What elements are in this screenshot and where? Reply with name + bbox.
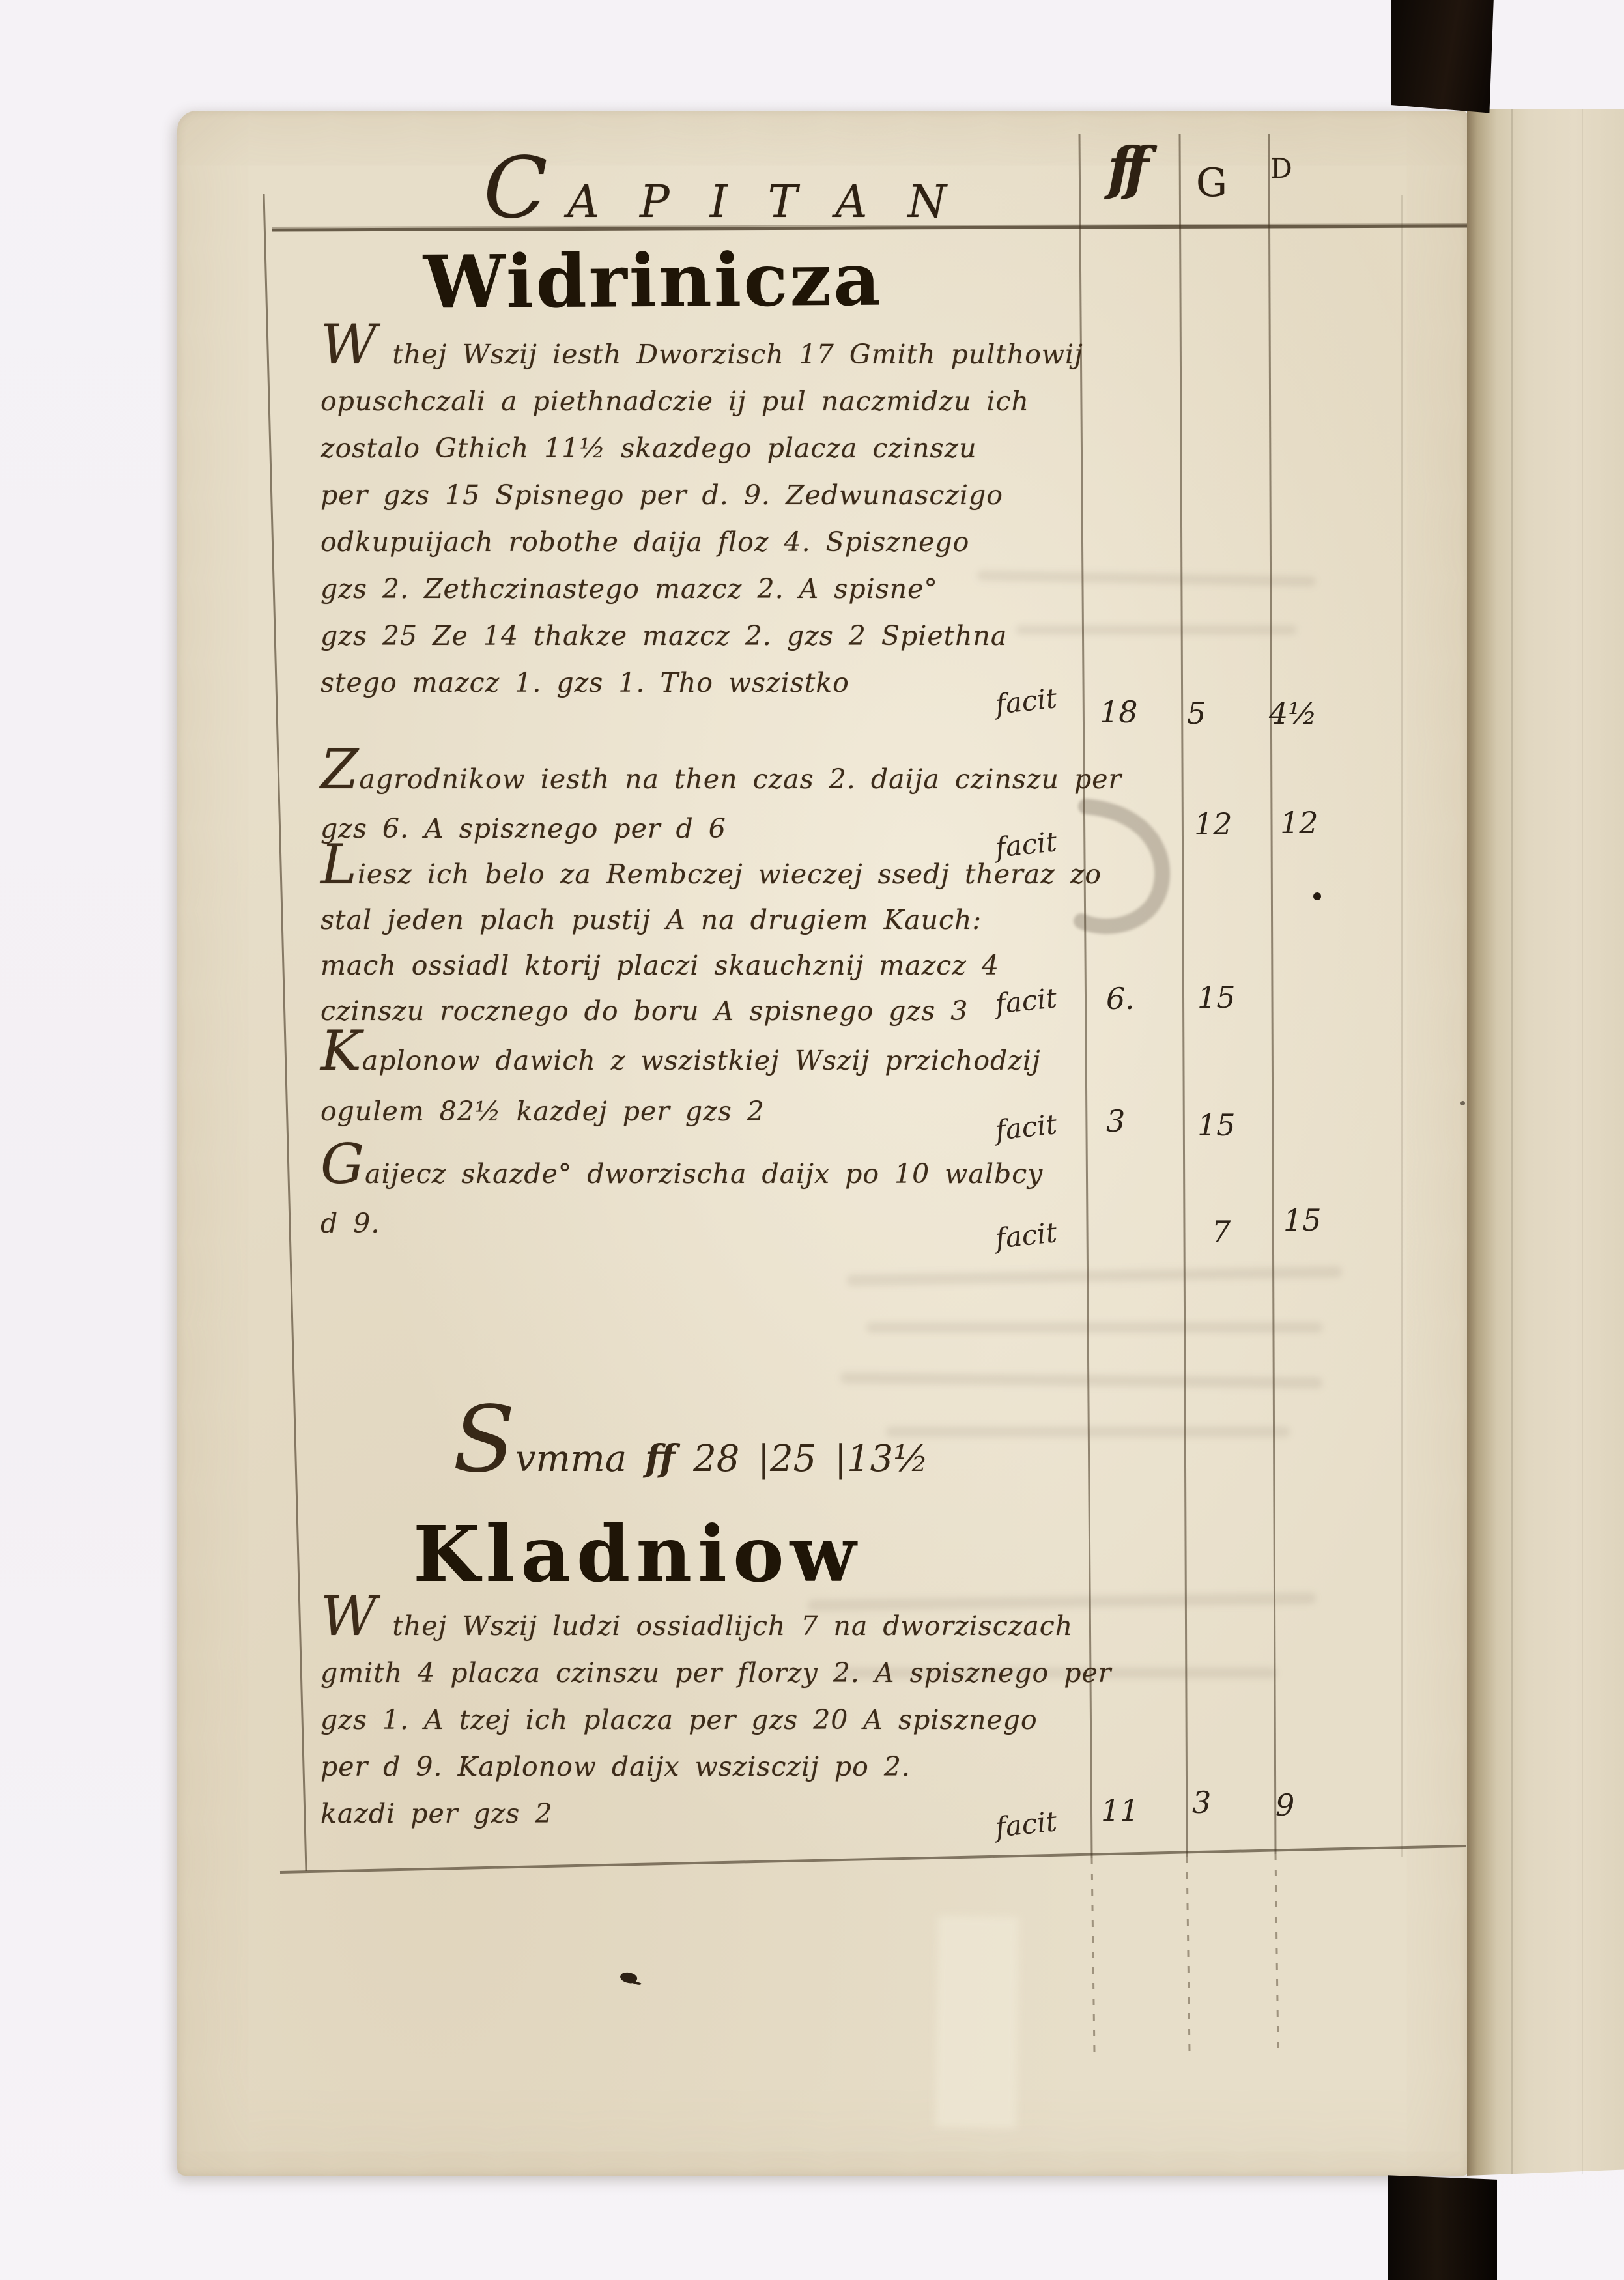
value-grossi: 12 [1194,806,1232,842]
facit-label: facit [994,1805,1059,1844]
value-grossi: 7 [1212,1214,1231,1249]
value-floreni: 18 [1100,694,1138,730]
manuscript-line: Liesz ich belo za Rembczej wieczej ssedj… [321,859,1102,904]
summa-currency: ff [645,1437,675,1480]
binding-strap-bottom [1388,2173,1497,2280]
section-title-widrinicza: Widrinicza [423,237,883,326]
foredge-crease [1511,109,1513,2174]
manuscript-line: stal jeden plach pustij A na drugiem Kau… [321,904,1102,950]
entry-paragraph: W thej Wszij iesth Dworzisch 17 Gmith pu… [321,339,1083,714]
manuscript-line: d 9. [321,1208,1043,1257]
manuscript-line: kazdi per gzs 2 [321,1798,1111,1845]
ink-dot [1313,892,1321,900]
manuscript-line: mach ossiadl ktorij placzi skauchznij ma… [321,950,1102,995]
manuscript-line: Gaijecz skazde° dworzischa daijx po 10 w… [321,1158,1043,1208]
manuscript-line: W thej Wszij iesth Dworzisch 17 Gmith pu… [321,339,1083,386]
book-foredge [1467,109,1624,2176]
column-header-denarii: D [1270,152,1292,184]
manuscript-line: per gzs 15 Spisnego per d. 9. Zedwunascz… [321,479,1083,526]
manuscript-line: gzs 2. Zethczinastego mazcz 2. A spisne° [321,573,1083,620]
manuscript-line: opuschczali a piethnadczie ij pul naczmi… [321,386,1083,433]
value-grossi: 15 [1197,980,1236,1015]
value-denarii: 15 [1283,1203,1322,1238]
value-denarii: 9 [1275,1788,1294,1823]
facit-label: facit [994,682,1059,720]
facit-label: facit [994,982,1059,1020]
ink-showthrough [866,1322,1322,1333]
value-floreni: 6. [1106,981,1135,1016]
facit-label: facit [994,1108,1059,1147]
foredge-crease [1582,109,1583,2174]
manuscript-line: gzs 25 Ze 14 thakze mazcz 2. gzs 2 Spiet… [321,620,1083,667]
value-floreni: 11 [1101,1793,1139,1828]
value-denarii: 4½ [1269,696,1317,731]
value-grossi: 5 [1187,696,1206,731]
binding-strap-top [1391,0,1496,115]
value-denarii: 12 [1280,805,1318,840]
value-grossi: 3 [1192,1785,1211,1820]
value-floreni: 3 [1106,1104,1125,1139]
manuscript-line: gzs 1. A tzej ich placza per gzs 20 A sp… [321,1704,1111,1751]
column-header-grossi: G [1196,160,1227,206]
manuscript-line: per d 9. Kaplonow daijx wszisczij po 2. [321,1751,1111,1798]
manuscript-line: czinszu rocznego do boru A spisnego gzs … [321,995,1102,1041]
manuscript-line: Zagrodnikow iesth na then czas 2. daija … [321,763,1122,813]
manuscript-line: W thej Wszij ludzi ossiadlijch 7 na dwor… [321,1610,1111,1657]
ink-showthrough [886,1427,1290,1437]
summa-label: Svmma [453,1438,627,1480]
entry-paragraph: W thej Wszij ludzi ossiadlijch 7 na dwor… [321,1610,1111,1845]
value-grossi: 15 [1197,1107,1236,1143]
summa-values: 28 |25 |13½ [693,1438,928,1480]
ink-dot [1460,1101,1465,1105]
manuscript-scan: CAPITAN ff G D Widrinicza W thej Wszij i… [0,0,1624,2280]
summa-line: Svmma ff 28 |25 |13½ [453,1437,929,1480]
manuscript-line: Kaplonow dawich z wszistkiej Wszij przic… [321,1045,1041,1096]
facit-label: facit [994,1216,1059,1255]
manuscript-line: ogulem 82½ kazdej per gzs 2 [321,1096,1041,1147]
manuscript-line: stego mazcz 1. gzs 1. Tho wszistko [321,667,1083,714]
entry-paragraph: Gaijecz skazde° dworzischa daijx po 10 w… [321,1158,1043,1257]
manuscript-line: zostalo Gthich 11½ skazdego placza czins… [321,433,1083,479]
entry-paragraph: Liesz ich belo za Rembczej wieczej ssedj… [321,859,1102,1041]
section-title-kladniow: Kladniow [413,1509,862,1599]
entry-paragraph: Kaplonow dawich z wszistkiej Wszij przic… [321,1045,1041,1147]
page-header-title: CAPITAN [483,139,987,237]
column-header-floreni: ff [1107,134,1141,202]
manuscript-line: gmith 4 placza czinszu per florzy 2. A s… [321,1657,1111,1704]
manuscript-line: odkupuijach robothe daija floz 4. Spiszn… [321,526,1083,573]
paper-patch [935,1916,1019,2128]
facit-label: facit [994,825,1059,864]
